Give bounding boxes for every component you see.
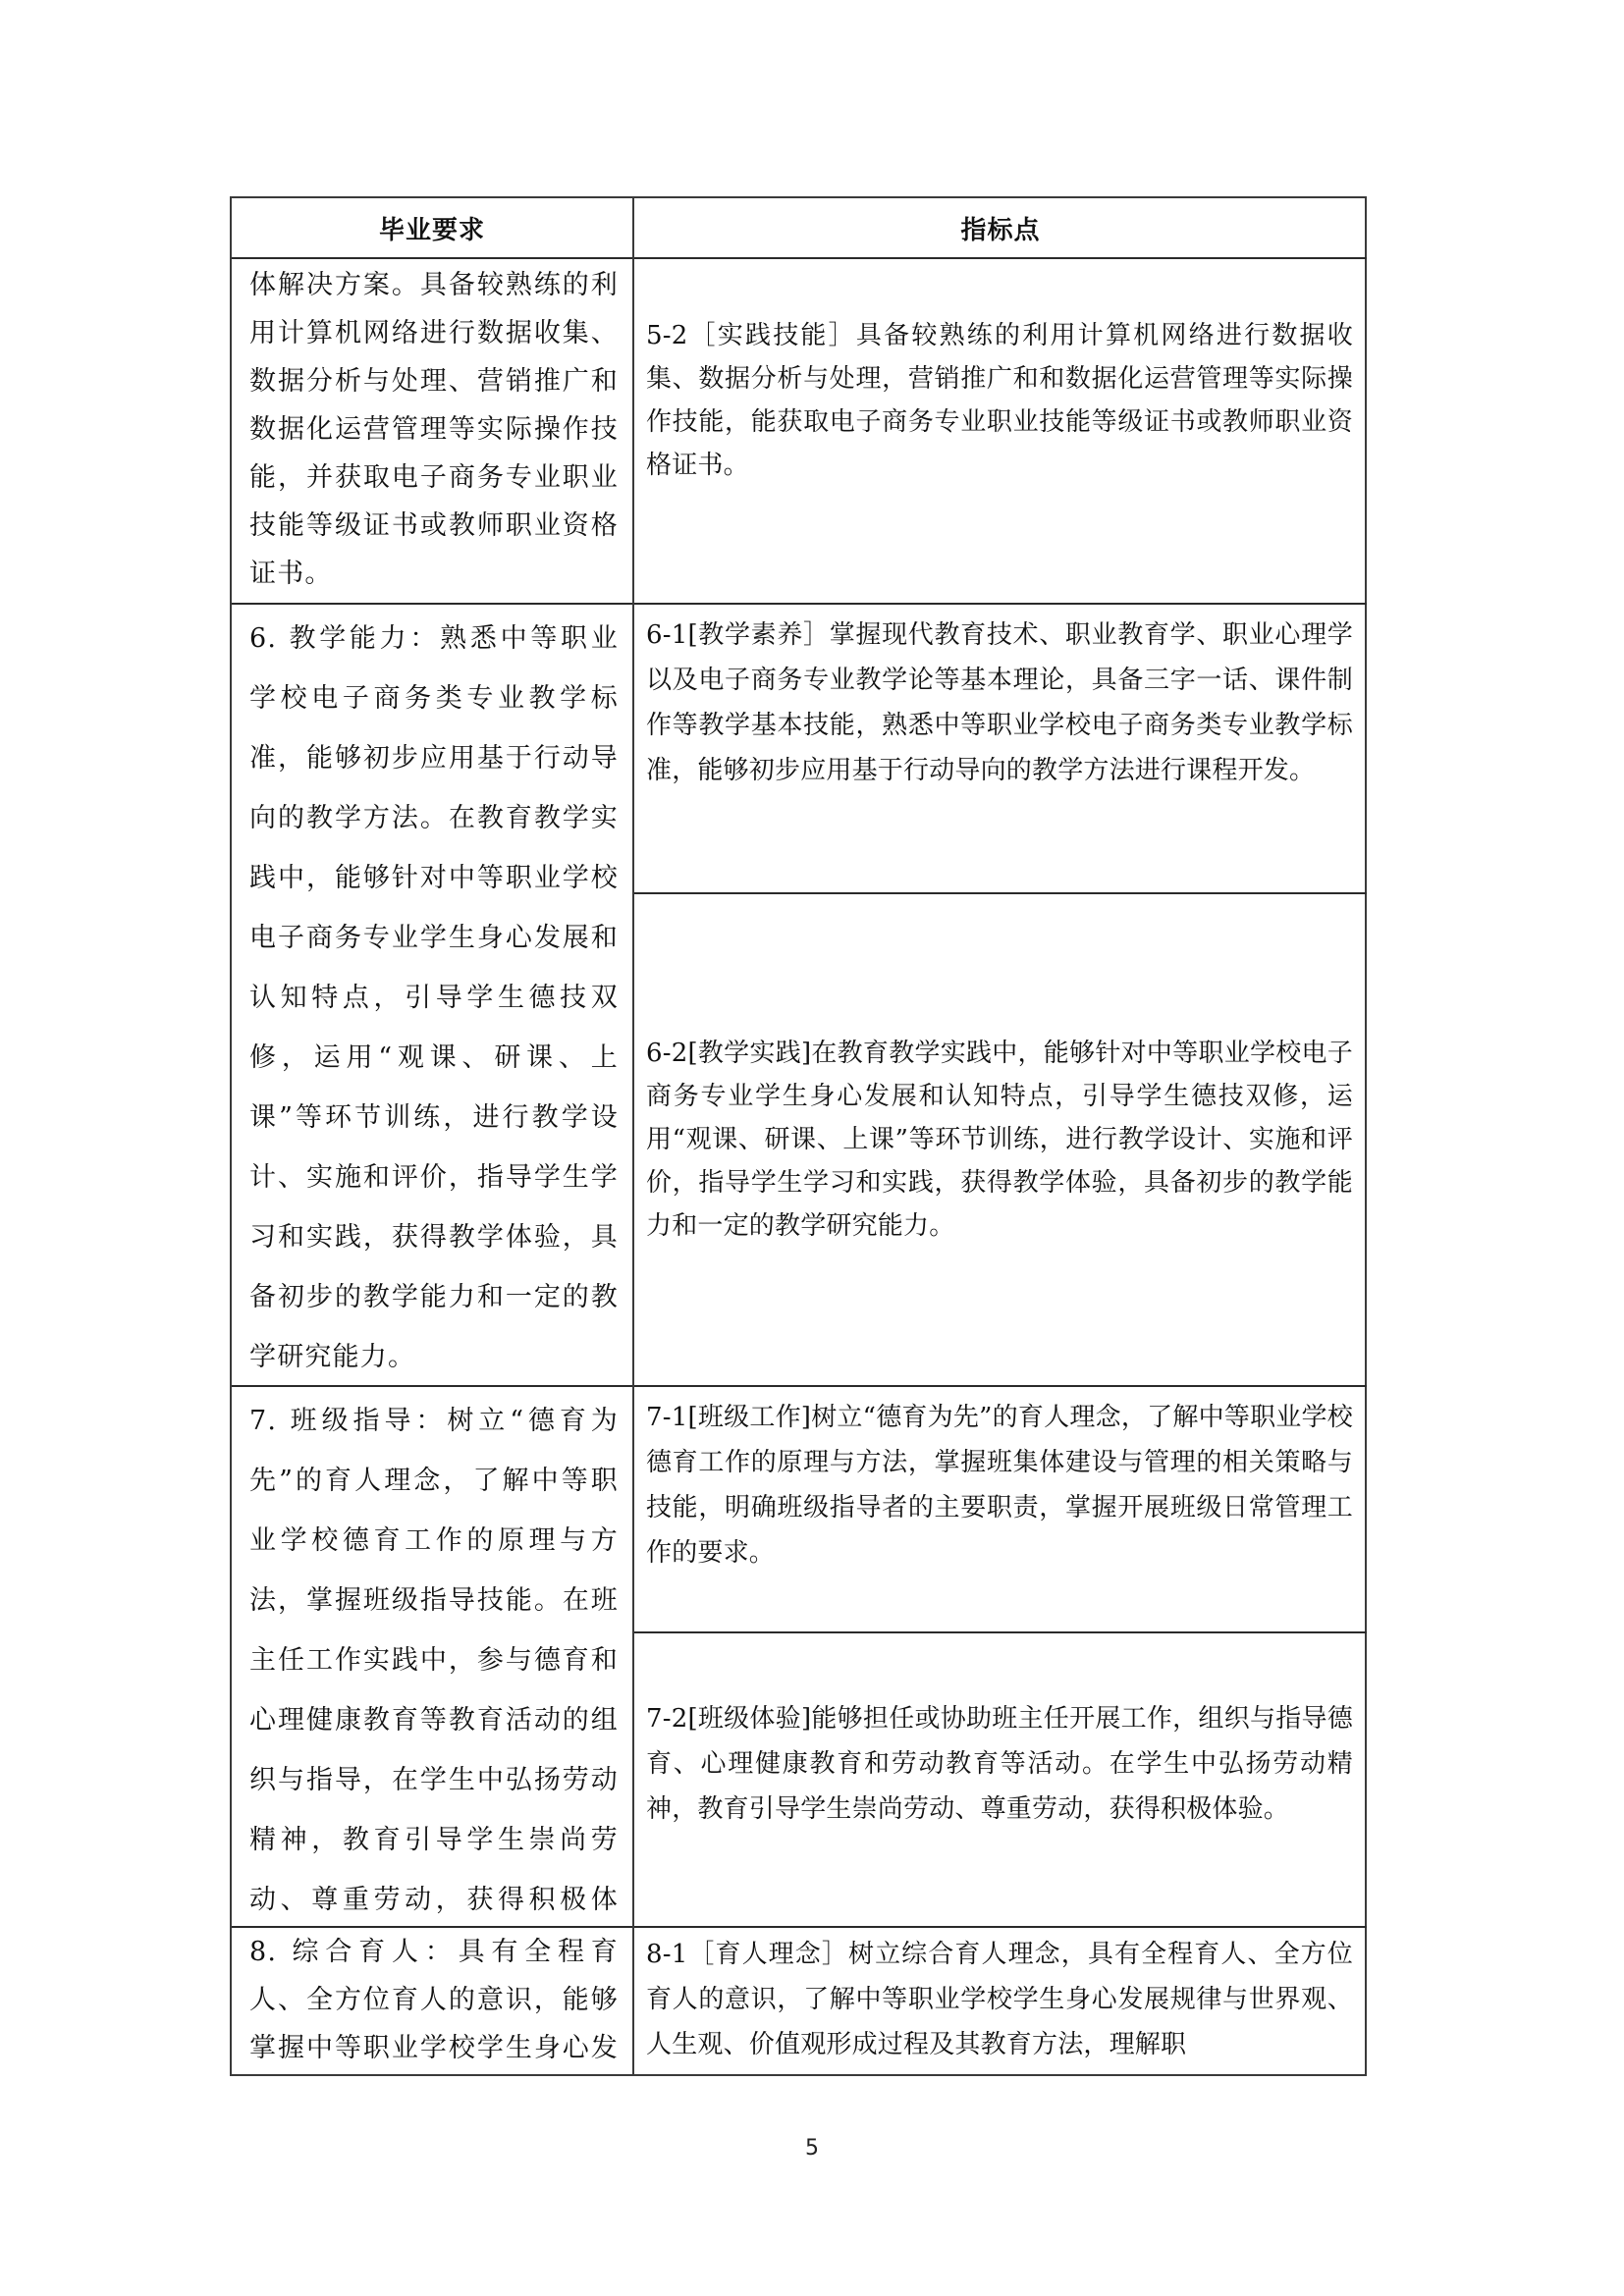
graduation-requirements-table: 毕业要求 指标点 体解决方案。具备较熟练的利用计算机网络进行数据收集、数据分析与… xyxy=(230,196,1367,2076)
page-number: 5 xyxy=(0,2136,1624,2161)
table-row-requirement: 体解决方案。具备较熟练的利用计算机网络进行数据收集、数据分析与处理、营销推广和数… xyxy=(232,259,632,603)
document-page: 毕业要求 指标点 体解决方案。具备较熟练的利用计算机网络进行数据收集、数据分析与… xyxy=(0,0,1624,2296)
header-requirement: 毕业要求 xyxy=(232,198,632,257)
table-row-indicator: 6-2[教学实践]在教育教学实践中，能够针对中等职业学校电子商务专业学生身心发展… xyxy=(634,894,1367,1385)
table-row-requirement: 7. 班级指导：树立“德育为先”的育人理念，了解中等职业学校德育工作的原理与方法… xyxy=(232,1387,632,1926)
table-row-indicator: 5-2［实践技能］具备较熟练的利用计算机网络进行数据收集、数据分析与处理，营销推… xyxy=(634,259,1367,603)
table-row-indicator: 7-1[班级工作]树立“德育为先”的育人理念，了解中等职业学校德育工作的原理与方… xyxy=(634,1387,1367,1631)
table-row-indicator: 6-1[教学素养］掌握现代教育技术、职业教育学、职业心理学以及电子商务专业教学论… xyxy=(634,605,1367,892)
table-row-indicator: 7-2[班级体验]能够担任或协助班主任开展工作，组织与指导德育、心理健康教育和劳… xyxy=(634,1633,1367,1926)
table-row-requirement: 6. 教学能力：熟悉中等职业学校电子商务类专业教学标准，能够初步应用基于行动导向… xyxy=(232,605,632,1385)
header-indicator: 指标点 xyxy=(634,198,1367,257)
table-row-indicator: 8-1［育人理念］树立综合育人理念，具有全程育人、全方位育人的意识，了解中等职业… xyxy=(634,1928,1367,2074)
table-row-requirement: 8. 综合育人：具有全程育人、全方位育人的意识，能够掌握中等职业学校学生身心发展 xyxy=(232,1928,632,2074)
